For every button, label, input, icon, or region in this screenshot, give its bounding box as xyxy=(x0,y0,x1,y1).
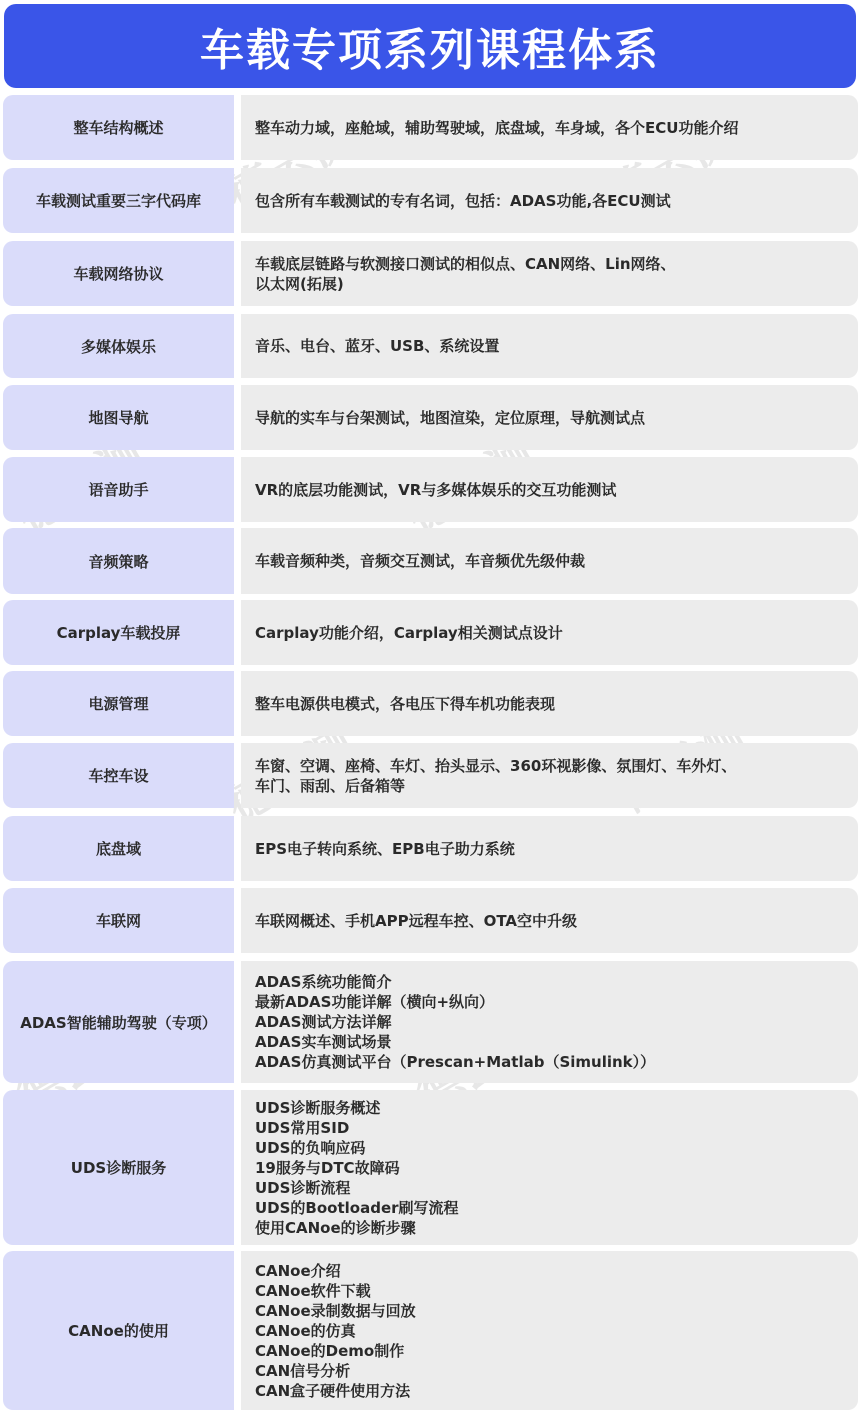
content-line: CANoe的仿真 xyxy=(255,1321,844,1341)
content-cell: VR的底层功能测试，VR与多媒体娱乐的交互功能测试 xyxy=(241,457,858,522)
content-line: CANoe软件下载 xyxy=(255,1281,844,1301)
table-row: 车联网车联网概述、手机APP远程车控、OTA空中升级 xyxy=(3,888,858,953)
content-line: ADAS实车测试场景 xyxy=(255,1032,844,1052)
table-row: 车控车设车窗、空调、座椅、车灯、抬头显示、360环视影像、氛围灯、车外灯、车门、… xyxy=(3,743,858,808)
content-line: ADAS测试方法详解 xyxy=(255,1012,844,1032)
title-banner: 车载专项系列课程体系 xyxy=(4,4,856,88)
content-line: CANoe的Demo制作 xyxy=(255,1341,844,1361)
content-line: VR的底层功能测试，VR与多媒体娱乐的交互功能测试 xyxy=(255,480,844,500)
table-row: 车载网络协议车载底层链路与软测接口测试的相似点、CAN网络、Lin网络、以太网(… xyxy=(3,241,858,306)
content-cell: 音乐、电台、蓝牙、USB、系统设置 xyxy=(241,314,858,378)
content-line: 包含所有车载测试的专有名词，包括：ADAS功能,各ECU测试 xyxy=(255,191,844,211)
content-cell: 车载底层链路与软测接口测试的相似点、CAN网络、Lin网络、以太网(拓展) xyxy=(241,241,858,306)
content-cell: 导航的实车与台架测试，地图渲染，定位原理，导航测试点 xyxy=(241,385,858,450)
table-row: ADAS智能辅助驾驶（专项）ADAS系统功能简介最新ADAS功能详解（横向+纵向… xyxy=(3,961,858,1083)
topic-cell: 整车结构概述 xyxy=(3,95,234,160)
content-line: 车门、雨刮、后备箱等 xyxy=(255,776,844,796)
content-line: 整车电源供电模式，各电压下得车机功能表现 xyxy=(255,694,844,714)
content-line: 使用CANoe的诊断步骤 xyxy=(255,1218,844,1238)
content-line: 整车动力域，座舱域，辅助驾驶域，底盘域，车身域，各个ECU功能介绍 xyxy=(255,118,844,138)
content-line: 最新ADAS功能详解（横向+纵向） xyxy=(255,992,844,1012)
table-row: 整车结构概述整车动力域，座舱域，辅助驾驶域，底盘域，车身域，各个ECU功能介绍 xyxy=(3,95,858,160)
content-cell: 车载音频种类，音频交互测试，车音频优先级仲裁 xyxy=(241,528,858,594)
content-line: CAN信号分析 xyxy=(255,1361,844,1381)
content-line: UDS的Bootloader刷写流程 xyxy=(255,1198,844,1218)
topic-cell: 音频策略 xyxy=(3,528,234,594)
content-line: CANoe介绍 xyxy=(255,1261,844,1281)
topic-cell: 车载网络协议 xyxy=(3,241,234,306)
content-line: 车载音频种类，音频交互测试，车音频优先级仲裁 xyxy=(255,551,844,571)
content-line: 以太网(拓展) xyxy=(255,274,844,294)
table-row: 电源管理整车电源供电模式，各电压下得车机功能表现 xyxy=(3,671,858,736)
content-cell: 车窗、空调、座椅、车灯、抬头显示、360环视影像、氛围灯、车外灯、车门、雨刮、后… xyxy=(241,743,858,808)
content-cell: EPS电子转向系统、EPB电子助力系统 xyxy=(241,816,858,881)
table-row: 车载测试重要三字代码库包含所有车载测试的专有名词，包括：ADAS功能,各ECU测… xyxy=(3,168,858,233)
content-line: UDS诊断流程 xyxy=(255,1178,844,1198)
content-cell: Carplay功能介绍，Carplay相关测试点设计 xyxy=(241,600,858,665)
content-cell: UDS诊断服务概述UDS常用SIDUDS的负响应码19服务与DTC故障码UDS诊… xyxy=(241,1090,858,1245)
content-line: ADAS仿真测试平台（Prescan+Matlab（Simulink）） xyxy=(255,1052,844,1072)
content-cell: 车联网概述、手机APP远程车控、OTA空中升级 xyxy=(241,888,858,953)
topic-cell: 多媒体娱乐 xyxy=(3,314,234,378)
topic-cell: 电源管理 xyxy=(3,671,234,736)
content-line: UDS的负响应码 xyxy=(255,1138,844,1158)
topic-cell: 车载测试重要三字代码库 xyxy=(3,168,234,233)
content-line: CANoe录制数据与回放 xyxy=(255,1301,844,1321)
content-line: 音乐、电台、蓝牙、USB、系统设置 xyxy=(255,336,844,356)
course-system-page: 车载专项系列课程体系 德云测 德云测 德云测 德云测 德云测 德云测 德云测 德… xyxy=(0,0,860,1412)
content-line: CAN盒子硬件使用方法 xyxy=(255,1381,844,1401)
topic-cell: CANoe的使用 xyxy=(3,1251,234,1410)
content-cell: 整车动力域，座舱域，辅助驾驶域，底盘域，车身域，各个ECU功能介绍 xyxy=(241,95,858,160)
content-line: UDS常用SID xyxy=(255,1118,844,1138)
table-row: 多媒体娱乐音乐、电台、蓝牙、USB、系统设置 xyxy=(3,314,858,378)
table-row: 音频策略车载音频种类，音频交互测试，车音频优先级仲裁 xyxy=(3,528,858,594)
content-line: 车窗、空调、座椅、车灯、抬头显示、360环视影像、氛围灯、车外灯、 xyxy=(255,756,844,776)
topic-cell: 地图导航 xyxy=(3,385,234,450)
content-line: 车载底层链路与软测接口测试的相似点、CAN网络、Lin网络、 xyxy=(255,254,844,274)
content-line: EPS电子转向系统、EPB电子助力系统 xyxy=(255,839,844,859)
topic-cell: Carplay车载投屏 xyxy=(3,600,234,665)
content-line: Carplay功能介绍，Carplay相关测试点设计 xyxy=(255,623,844,643)
table-row: 地图导航导航的实车与台架测试，地图渲染，定位原理，导航测试点 xyxy=(3,385,858,450)
content-cell: 整车电源供电模式，各电压下得车机功能表现 xyxy=(241,671,858,736)
page-title: 车载专项系列课程体系 xyxy=(200,14,660,78)
table-row: 语音助手VR的底层功能测试，VR与多媒体娱乐的交互功能测试 xyxy=(3,457,858,522)
content-line: 19服务与DTC故障码 xyxy=(255,1158,844,1178)
content-line: UDS诊断服务概述 xyxy=(255,1098,844,1118)
content-cell: ADAS系统功能简介最新ADAS功能详解（横向+纵向）ADAS测试方法详解ADA… xyxy=(241,961,858,1083)
table-row: UDS诊断服务UDS诊断服务概述UDS常用SIDUDS的负响应码19服务与DTC… xyxy=(3,1090,858,1245)
table-row: Carplay车载投屏Carplay功能介绍，Carplay相关测试点设计 xyxy=(3,600,858,665)
content-line: 导航的实车与台架测试，地图渲染，定位原理，导航测试点 xyxy=(255,408,844,428)
content-cell: 包含所有车载测试的专有名词，包括：ADAS功能,各ECU测试 xyxy=(241,168,858,233)
content-line: 车联网概述、手机APP远程车控、OTA空中升级 xyxy=(255,911,844,931)
topic-cell: ADAS智能辅助驾驶（专项） xyxy=(3,961,234,1083)
topic-cell: 车控车设 xyxy=(3,743,234,808)
topic-cell: 车联网 xyxy=(3,888,234,953)
content-cell: CANoe介绍CANoe软件下载CANoe录制数据与回放CANoe的仿真CANo… xyxy=(241,1251,858,1410)
topic-cell: 底盘域 xyxy=(3,816,234,881)
topic-cell: UDS诊断服务 xyxy=(3,1090,234,1245)
content-line: ADAS系统功能简介 xyxy=(255,972,844,992)
table-row: CANoe的使用CANoe介绍CANoe软件下载CANoe录制数据与回放CANo… xyxy=(3,1251,858,1410)
table-row: 底盘域EPS电子转向系统、EPB电子助力系统 xyxy=(3,816,858,881)
topic-cell: 语音助手 xyxy=(3,457,234,522)
